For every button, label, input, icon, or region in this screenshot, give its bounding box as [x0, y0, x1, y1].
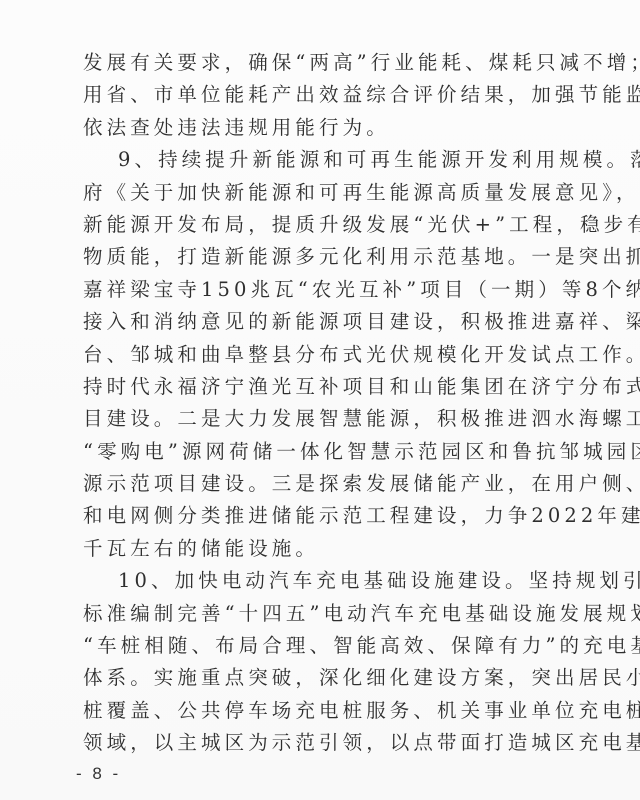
text-line: 接入和消纳意见的新能源项目建设，积极推进嘉祥、梁山、鱼	[83, 306, 557, 338]
text-line: 体系。实施重点突破，深化细化建设方案，突出居民小区充电	[83, 662, 557, 694]
text-line: “车桩相随、布局合理、智能高效、保障有力”的充电基础设施	[83, 630, 557, 662]
text-line: 新能源开发布局，提质升级发展“光伏+”工程，稳步有序发展生	[83, 209, 557, 241]
text-line: “零购电”源网荷储一体化智慧示范园区和鲁抗邹城园区绿色能	[83, 436, 557, 468]
text-line: 用省、市单位能耗产出效益综合评价结果，加强节能监察执法，	[83, 79, 557, 111]
text-line: 源示范项目建设。三是探索发展储能产业，在用户侧、电源侧	[83, 468, 557, 500]
text-line: 和电网侧分类推进储能示范工程建设，力争2022年建成11万	[83, 500, 557, 532]
document-page: 发展有关要求，确保“两高”行业能耗、煤耗只减不增；充分利 用省、市单位能耗产出效…	[0, 0, 640, 800]
text-line: 府《关于加快新能源和可再生能源高质量发展意见》，统筹优化	[83, 177, 557, 209]
page-number: - 8 -	[76, 764, 121, 784]
text-line: 标准编制完善“十四五”电动汽车充电基础设施发展规划，构建	[83, 598, 557, 630]
section-heading-9: 9、持续提升新能源和可再生能源开发利用规模。落实市政	[83, 144, 557, 176]
text-line: 桩覆盖、公共停车场充电桩服务、机关事业单位充电桩配建等	[83, 695, 557, 727]
section-heading-10: 10、加快电动汽车充电基础设施建设。坚持规划引领，高	[83, 565, 557, 597]
document-body: 发展有关要求，确保“两高”行业能耗、煤耗只减不增；充分利 用省、市单位能耗产出效…	[83, 47, 557, 760]
text-line: 台、邹城和曲阜整县分布式光伏规模化开发试点工作。全力支	[83, 339, 557, 371]
text-line: 目建设。二是大力发展智慧能源，积极推进泗水海螺工业园区	[83, 403, 557, 435]
text-line: 依法查处违法违规用能行为。	[83, 112, 557, 144]
text-line: 物质能，打造新能源多元化利用示范基地。一是突出抓好华能	[83, 241, 557, 273]
text-line: 发展有关要求，确保“两高”行业能耗、煤耗只减不增；充分利	[83, 47, 557, 79]
text-line: 持时代永福济宁渔光互补项目和山能集团在济宁分布式光伏项	[83, 371, 557, 403]
text-line: 嘉祥梁宝寺150兆瓦“农光互补”项目（一期）等8个纳入电网	[83, 274, 557, 306]
text-line: 领域，以主城区为示范引领，以点带面打造城区充电基础设施“5	[83, 727, 557, 759]
text-line: 千瓦左右的储能设施。	[83, 533, 557, 565]
